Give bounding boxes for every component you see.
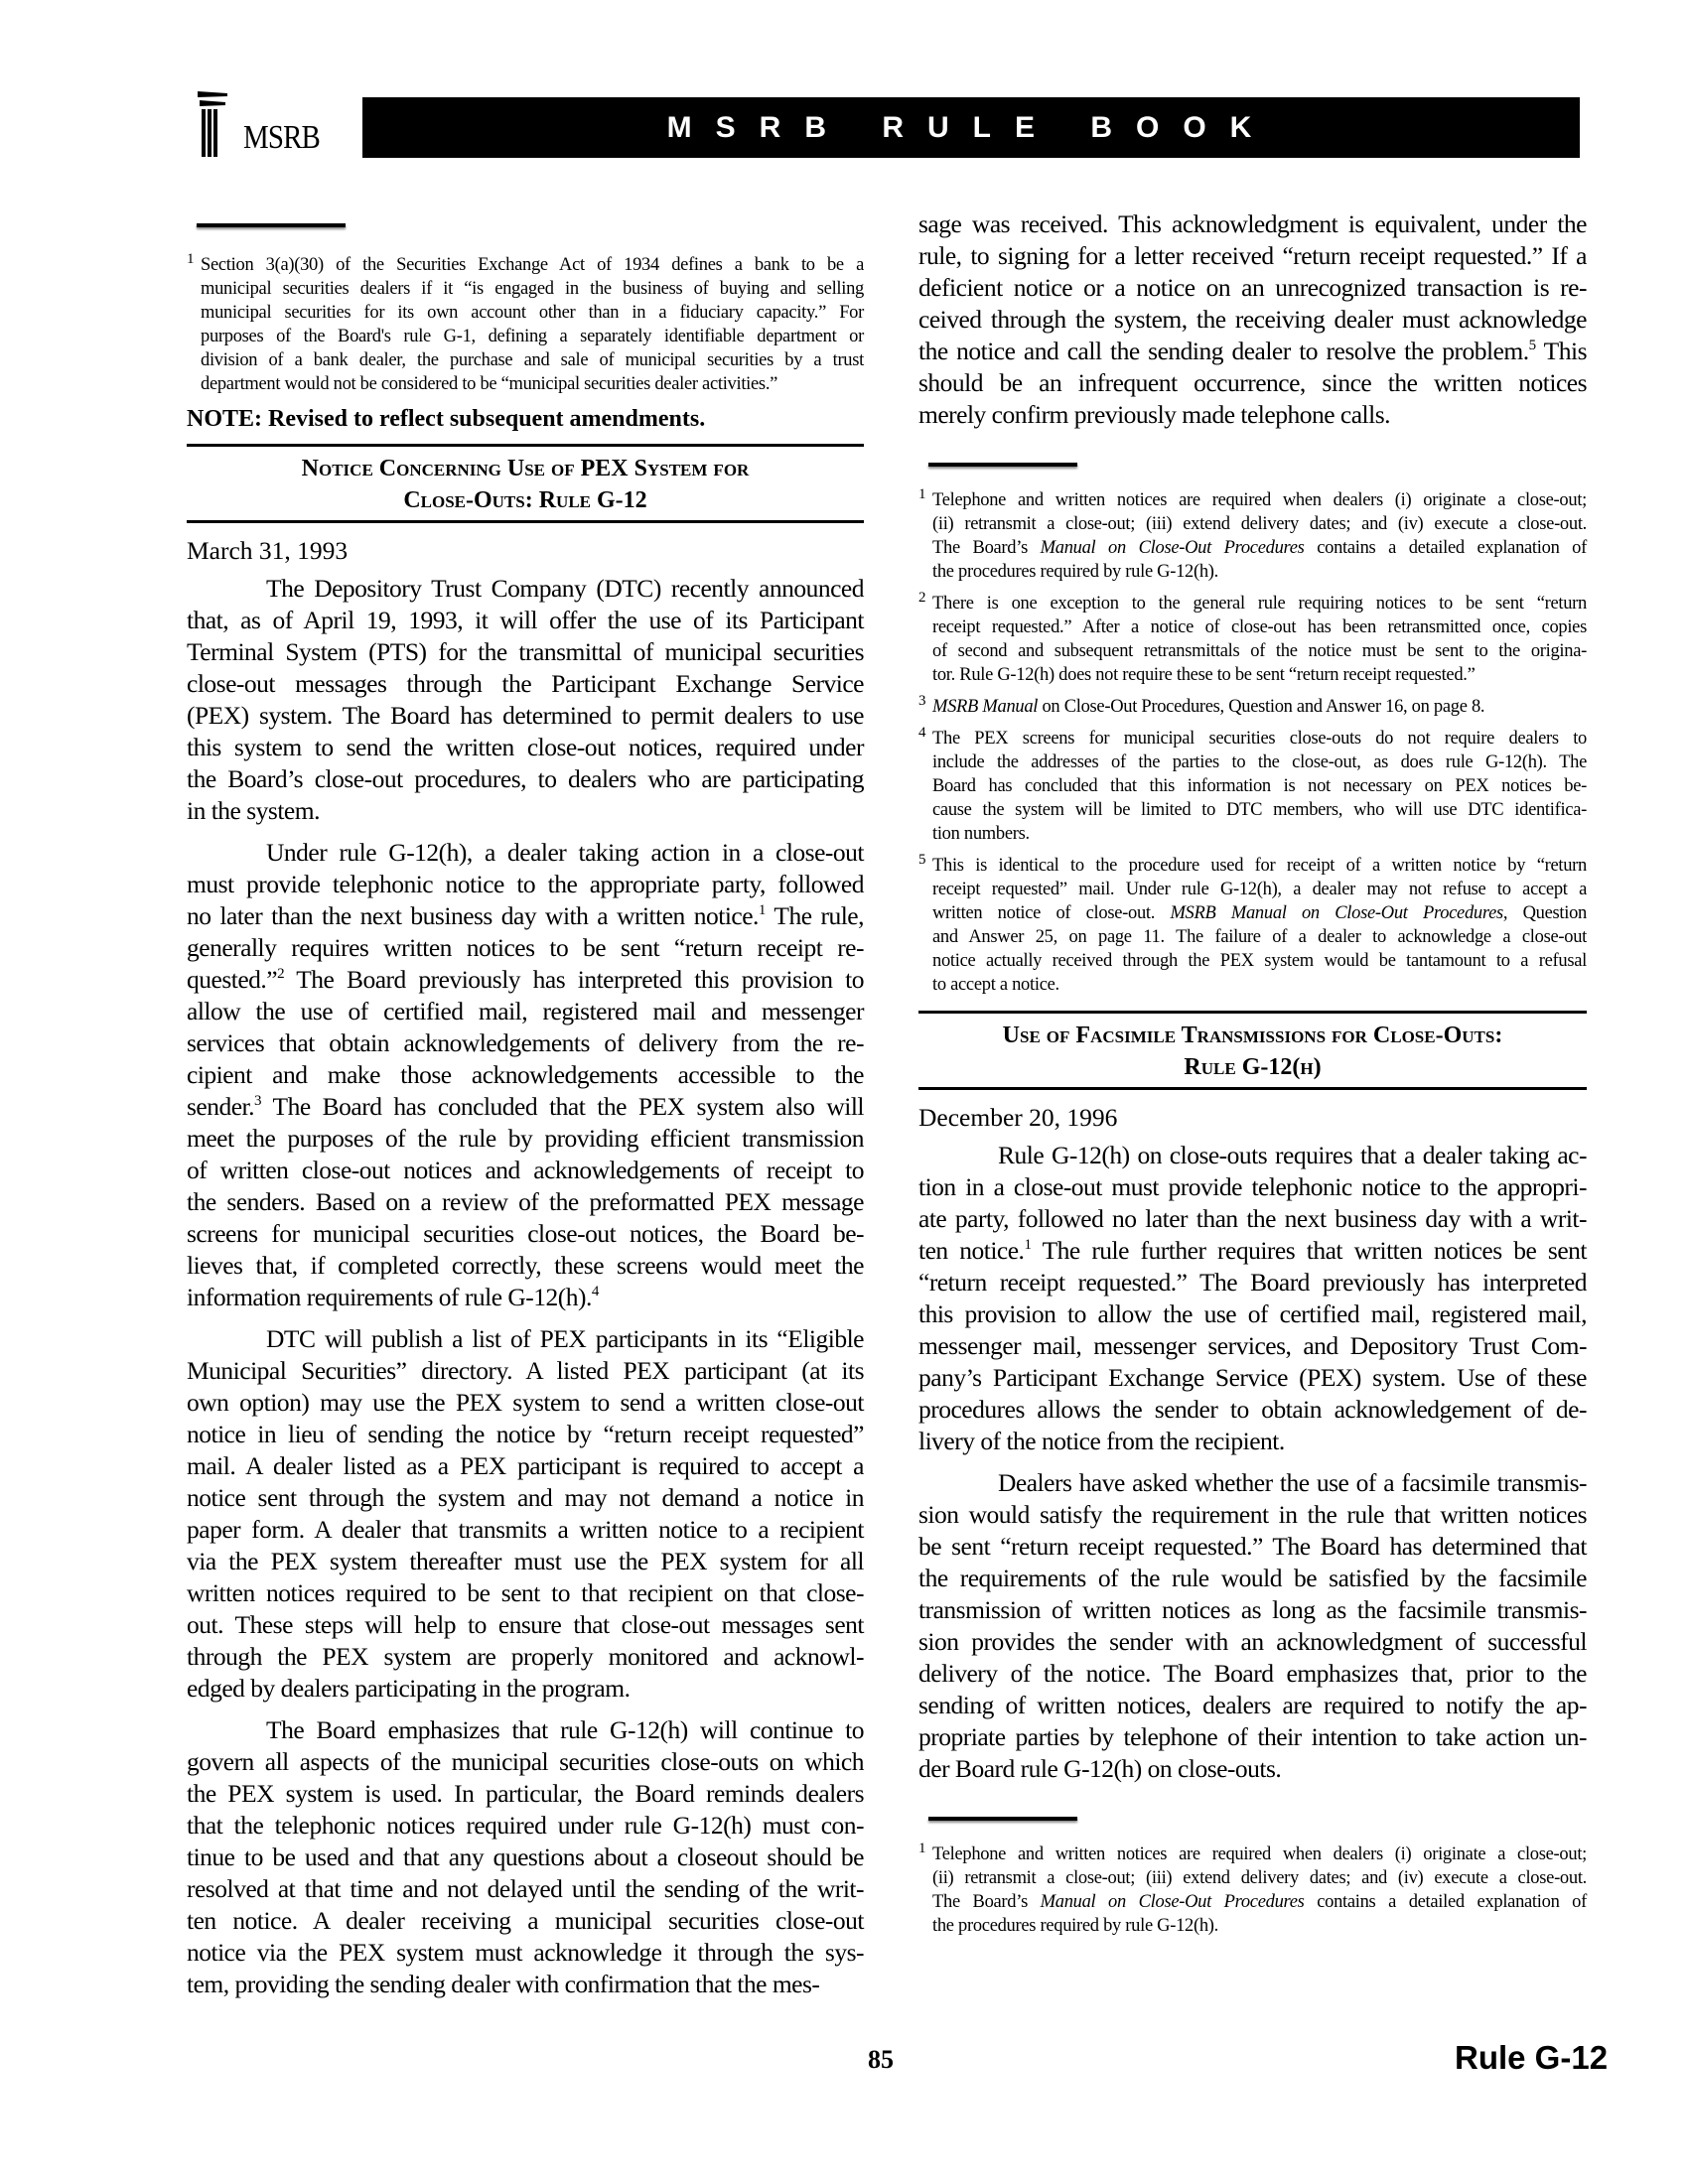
text-line: ten notice.1 The rule further requires t…	[918, 1235, 1587, 1267]
text-line: to accept a notice.	[932, 973, 1587, 997]
section-title-line1: Notice Concerning Use of PEX System for	[187, 453, 864, 484]
text-line: tion in a close-out must provide telepho…	[918, 1171, 1587, 1203]
text-line: that the telephonic notices required und…	[187, 1810, 864, 1842]
text-line: merely confirm previously made telephone…	[918, 399, 1587, 431]
section-heading: Use of Facsimile Transmissions for Close…	[918, 1011, 1587, 1090]
text-line: the procedures required by rule G-12(h).	[932, 560, 1587, 584]
text-line: this system to send the written close-ou…	[187, 732, 864, 763]
paragraph: Rule G-12(h) on close-outs requires that…	[918, 1140, 1587, 1457]
text-line: in the system.	[187, 795, 864, 827]
text-line: The PEX screens for municipal securities…	[932, 727, 1587, 751]
footer-rule-label: Rule G-12	[1455, 2039, 1608, 2077]
text-line: written notices required to be sent to t…	[187, 1577, 864, 1609]
text-line: tion numbers.	[932, 822, 1587, 846]
section-date: December 20, 1996	[918, 1102, 1587, 1134]
footnote: 2There is one exception to the general r…	[918, 592, 1587, 687]
header-bar: MSRB RULE BOOK	[362, 97, 1580, 158]
text-line: pany’s Participant Exchange Service (PEX…	[918, 1362, 1587, 1394]
text-line: tem, providing the sending dealer with c…	[187, 1969, 864, 2000]
text-line: information requirements of rule G-12(h)…	[187, 1282, 864, 1313]
text-line: delivery of the notice. The Board emphas…	[918, 1658, 1587, 1690]
text-line: the procedures required by rule G-12(h).	[932, 1914, 1587, 1938]
text-line: services that obtain acknowledgements of…	[187, 1027, 864, 1059]
text-line: rule, to signing for a letter received “…	[918, 240, 1587, 272]
footnote-mark: 3	[918, 689, 926, 713]
section-title-line2: Rule G-12(h)	[918, 1051, 1587, 1083]
text-line: Section 3(a)(30) of the Securities Excha…	[201, 253, 864, 277]
text-line: allow the use of certified mail, registe…	[187, 996, 864, 1027]
text-line: that, as of April 19, 1993, it will offe…	[187, 605, 864, 636]
text-line: edged by dealers participating in the pr…	[187, 1673, 864, 1705]
text-line: resolved at that time and not delayed un…	[187, 1873, 864, 1905]
footnote-mark: 2	[918, 586, 926, 610]
text-line: sion would satisfy the requirement in th…	[918, 1499, 1587, 1531]
text-line: procedures allows the sender to obtain a…	[918, 1394, 1587, 1426]
left-column: 1 Section 3(a)(30) of the Securities Exc…	[187, 223, 864, 2010]
footnote-mark: 1	[187, 247, 195, 271]
text-line: quested.”2 The Board previously has inte…	[187, 964, 864, 996]
text-line: no later than the next business day with…	[187, 900, 864, 932]
text-line: notice via the PEX system must acknowled…	[187, 1937, 864, 1969]
text-line: department would not be considered to be…	[201, 372, 864, 396]
paragraph: The Depository Trust Company (DTC) recen…	[187, 573, 864, 827]
section-date: March 31, 1993	[187, 535, 864, 567]
paragraph: The Board emphasizes that rule G-12(h) w…	[187, 1714, 864, 2000]
section-title-line1: Use of Facsimile Transmissions for Close…	[918, 1020, 1587, 1051]
text-line: (ii) retransmit a close-out; (iii) exten…	[932, 1866, 1587, 1890]
footnote: 4The PEX screens for municipal securitie…	[918, 727, 1587, 846]
text-line: mail. A dealer listed as a PEX participa…	[187, 1450, 864, 1482]
text-line: propriate parties by telephone of their …	[918, 1721, 1587, 1753]
text-line: ate party, followed no later than the ne…	[918, 1203, 1587, 1235]
text-line: This is identical to the procedure used …	[932, 854, 1587, 878]
text-line: der Board rule G-12(h) on close-outs.	[918, 1753, 1587, 1785]
footnote-mark: 5	[918, 848, 926, 872]
text-line: Terminal System (PTS) for the transmitta…	[187, 636, 864, 668]
text-line: screens for municipal securities close-o…	[187, 1218, 864, 1250]
text-line: receipt requested.” After a notice of cl…	[932, 615, 1587, 639]
text-line: livery of the notice from the recipient.	[918, 1426, 1587, 1457]
text-line: messenger mail, messenger services, and …	[918, 1330, 1587, 1362]
text-line: The Board’s Manual on Close-Out Procedur…	[932, 536, 1587, 560]
text-line: meet the purposes of the rule by providi…	[187, 1123, 864, 1155]
text-line: the notice and call the sending dealer t…	[918, 336, 1587, 367]
text-line: receipt requested” mail. Under rule G-12…	[932, 878, 1587, 901]
text-line: this provision to allow the use of certi…	[918, 1298, 1587, 1330]
footnote-ref: 3	[254, 1093, 261, 1109]
section-body: The Depository Trust Company (DTC) recen…	[187, 573, 864, 2000]
text-line: Board has concluded that this informatio…	[932, 774, 1587, 798]
text-line: Telephone and written notices are requir…	[932, 488, 1587, 512]
text-line: ceived through the system, the receiving…	[918, 304, 1587, 336]
text-line: the PEX system is used. In particular, t…	[187, 1778, 864, 1810]
footnote-ref: 5	[1529, 338, 1536, 353]
text-line: notice sent through the system and may n…	[187, 1482, 864, 1514]
text-line: cause the system will be limited to DTC …	[932, 798, 1587, 822]
text-line: of second and subsequent retransmittals …	[932, 639, 1587, 663]
text-line: be sent “return receipt requested.” The …	[918, 1531, 1587, 1563]
footnote-mark: 1	[918, 1837, 926, 1860]
text-line: include the addresses of the parties to …	[932, 751, 1587, 774]
text-line: (PEX) system. The Board has determined t…	[187, 700, 864, 732]
text-line: paper form. A dealer that transmits a wr…	[187, 1514, 864, 1546]
text-line: Telephone and written notices are requir…	[932, 1843, 1587, 1866]
text-line: tinue to be used and that any questions …	[187, 1842, 864, 1873]
section-title-line2: Close-Outs: Rule G-12	[187, 484, 864, 516]
right-column: sage was received. This acknowledgment i…	[918, 208, 1587, 1946]
msrb-logo: MSRB	[194, 87, 343, 161]
text-line: Rule G-12(h) on close-outs requires that…	[918, 1140, 1587, 1171]
text-line: the Board’s close-out procedures, to dea…	[187, 763, 864, 795]
text-line: “return receipt requested.” The Board pr…	[918, 1267, 1587, 1298]
text-line: of written close-out notices and acknowl…	[187, 1155, 864, 1186]
text-line: and Answer 25, on page 11. The failure o…	[932, 925, 1587, 949]
amendment-note: NOTE: Revised to reflect subsequent amen…	[187, 404, 864, 434]
text-line: written notice of close-out. MSRB Manual…	[932, 901, 1587, 925]
text-line: deficient notice or a notice on an unrec…	[918, 272, 1587, 304]
footnote-ref: 1	[1024, 1237, 1031, 1253]
text-line: municipal securities dealers if it “is e…	[201, 277, 864, 301]
footnotes-list: 1Telephone and written notices are requi…	[918, 488, 1587, 997]
text-line: via the PEX system thereafter must use t…	[187, 1546, 864, 1577]
footnote: 1 Telephone and written notices are requ…	[918, 1843, 1587, 1938]
text-line: division of a bank dealer, the purchase …	[201, 348, 864, 372]
text-line: (ii) retransmit a close-out; (iii) exten…	[932, 512, 1587, 536]
text-line: notice actually received through the PEX…	[932, 949, 1587, 973]
paragraph: DTC will publish a list of PEX participa…	[187, 1323, 864, 1705]
text-line: The Board’s Manual on Close-Out Procedur…	[932, 1890, 1587, 1914]
footnote: 1Telephone and written notices are requi…	[918, 488, 1587, 584]
text-line: Under rule G-12(h), a dealer taking acti…	[187, 837, 864, 869]
paragraph: Dealers have asked whether the use of a …	[918, 1467, 1587, 1785]
footnote: 1 Section 3(a)(30) of the Securities Exc…	[187, 253, 864, 396]
text-line: tor. Rule G-12(h) does not require these…	[932, 663, 1587, 687]
section-body: Rule G-12(h) on close-outs requires that…	[918, 1140, 1587, 1785]
text-line: purposes of the Board's rule G-1, defini…	[201, 325, 864, 348]
text-line: lieves that, if completed correctly, the…	[187, 1250, 864, 1282]
text-line: sion provides the sender with an acknowl…	[918, 1626, 1587, 1658]
section-heading: Notice Concerning Use of PEX System for …	[187, 444, 864, 523]
text-line: The Board emphasizes that rule G-12(h) w…	[187, 1714, 864, 1746]
page-number: 85	[868, 2045, 894, 2075]
text-line: cipient and make those acknowledgements …	[187, 1059, 864, 1091]
text-line: must provide telephonic notice to the ap…	[187, 869, 864, 900]
footnote-ref: 1	[759, 902, 766, 918]
text-line: generally requires written notices to be…	[187, 932, 864, 964]
text-line: own option) may use the PEX system to se…	[187, 1387, 864, 1419]
text-line: notice in lieu of sending the notice by …	[187, 1419, 864, 1450]
text-line: Dealers have asked whether the use of a …	[918, 1467, 1587, 1499]
text-line: ten notice. A dealer receiving a municip…	[187, 1905, 864, 1937]
footnote-lines: Section 3(a)(30) of the Securities Excha…	[201, 253, 864, 396]
text-line: Municipal Securities” directory. A liste…	[187, 1355, 864, 1387]
text-line: the requirements of the rule would be sa…	[918, 1563, 1587, 1594]
text-line: DTC will publish a list of PEX participa…	[187, 1323, 864, 1355]
text-line: through the PEX system are properly moni…	[187, 1641, 864, 1673]
text-line: sending of written notices, dealers are …	[918, 1690, 1587, 1721]
text-line: transmission of written notices as long …	[918, 1594, 1587, 1626]
footnote-mark: 1	[918, 482, 926, 506]
footnote: 5This is identical to the procedure used…	[918, 854, 1587, 997]
text-line: out. These steps will help to ensure tha…	[187, 1609, 864, 1641]
paragraph: Under rule G-12(h), a dealer taking acti…	[187, 837, 864, 1313]
footnote-ref: 4	[592, 1284, 599, 1299]
column-icon	[198, 91, 237, 157]
footnote-ref: 2	[277, 966, 284, 982]
continued-paragraph: sage was received. This acknowledgment i…	[918, 208, 1587, 431]
text-line: sage was received. This acknowledgment i…	[918, 208, 1587, 240]
text-line: close-out messages through the Participa…	[187, 668, 864, 700]
text-line: the senders. Based on a review of the pr…	[187, 1186, 864, 1218]
footnote-lines: Telephone and written notices are requir…	[932, 1843, 1587, 1938]
text-line: sender.3 The Board has concluded that th…	[187, 1091, 864, 1123]
text-line: There is one exception to the general ru…	[932, 592, 1587, 615]
text-line: municipal securities for its own account…	[201, 301, 864, 325]
text-line: MSRB Manual on Close-Out Procedures, Que…	[932, 695, 1587, 719]
text-line: The Depository Trust Company (DTC) recen…	[187, 573, 864, 605]
footnote-mark: 4	[918, 721, 926, 745]
header-title: MSRB RULE BOOK	[667, 111, 1276, 145]
logo-text: MSRB	[243, 119, 320, 157]
text-line: govern all aspects of the municipal secu…	[187, 1746, 864, 1778]
text-line: should be an infrequent occurrence, sinc…	[918, 367, 1587, 399]
footnote: 3MSRB Manual on Close-Out Procedures, Qu…	[918, 695, 1587, 719]
